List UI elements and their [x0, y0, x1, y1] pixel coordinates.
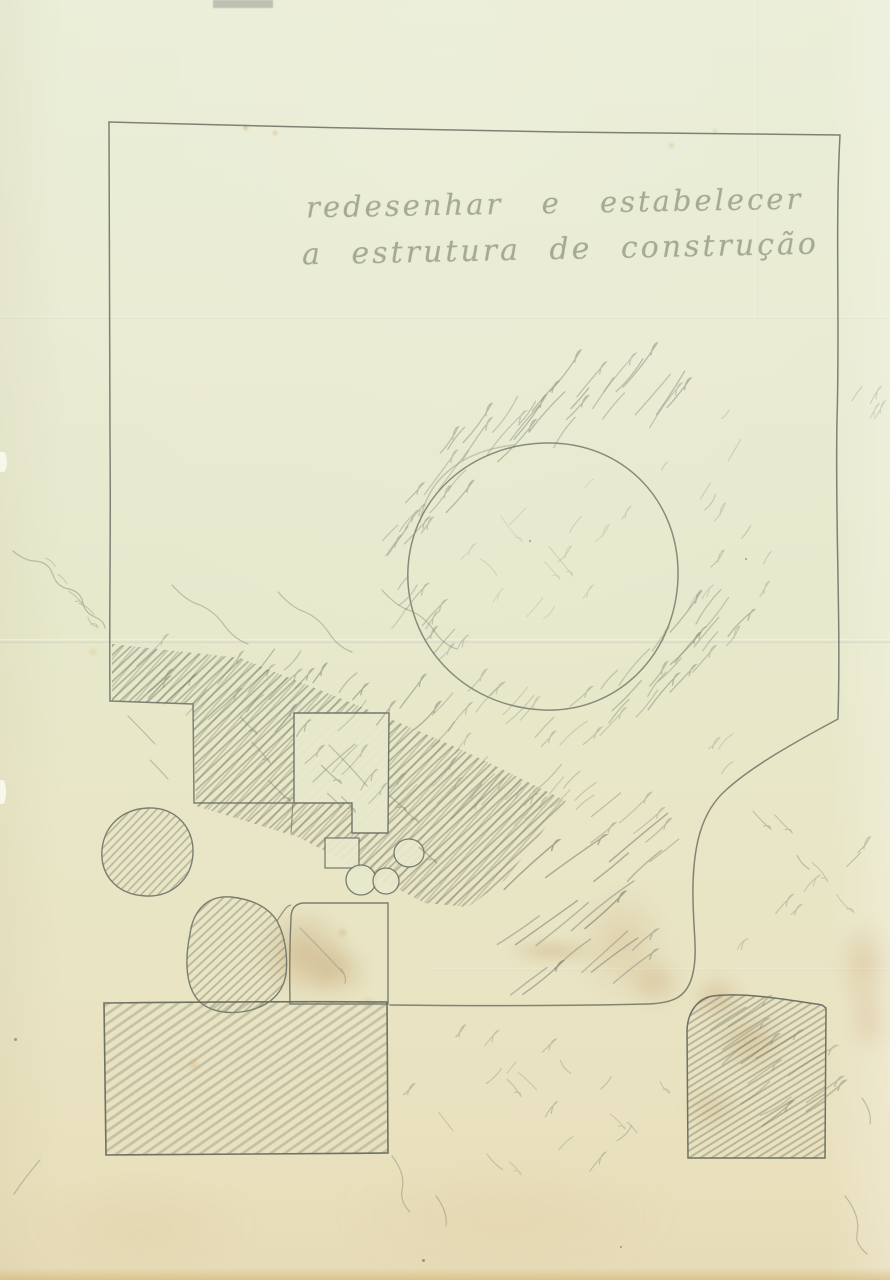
small-circle: [394, 839, 424, 867]
hatched-rectangle-bottom-left: [104, 1002, 388, 1155]
small-square: [325, 838, 359, 868]
sketch-drawing: [0, 0, 890, 1280]
big-circle: [408, 443, 678, 710]
hatched-blob-middle: [187, 897, 287, 1013]
hatched-circle-left: [102, 808, 193, 896]
small-lobe: [346, 865, 376, 895]
paper-sheet: redesenhar e estabelecer a estrutura de …: [0, 0, 890, 1280]
small-lobe: [373, 868, 399, 894]
